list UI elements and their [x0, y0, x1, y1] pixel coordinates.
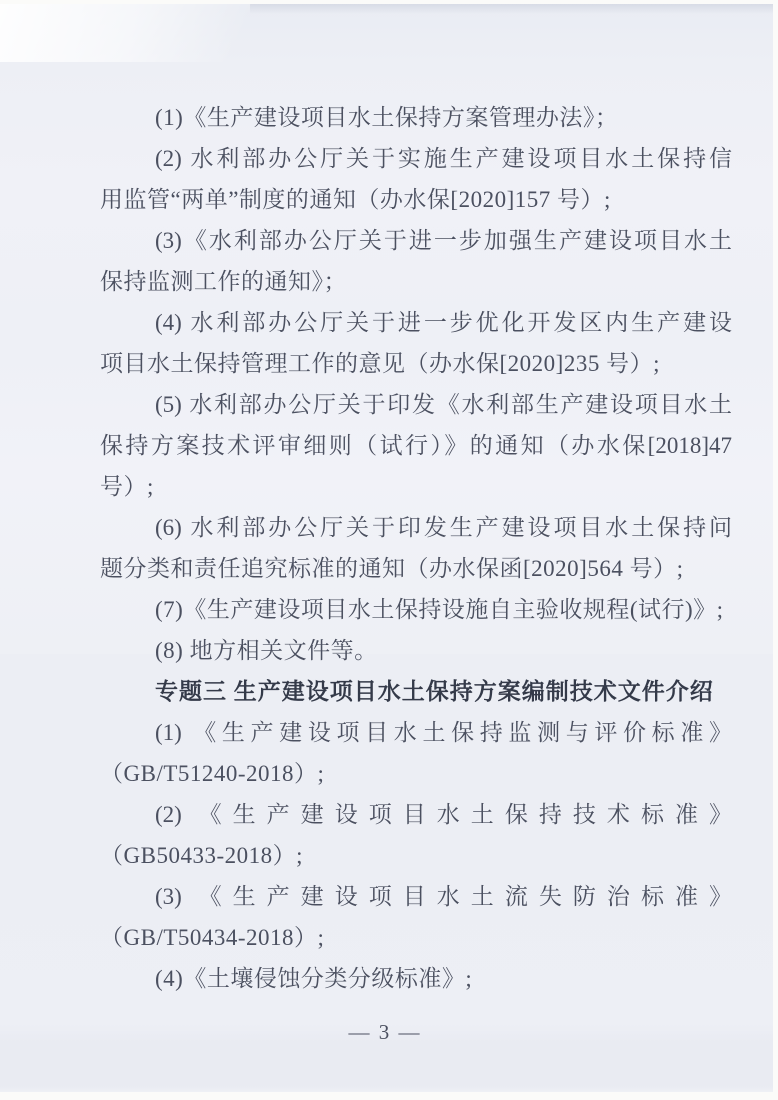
document-line: (3)《水利部办公厅关于进一步加强生产建设项目水土: [100, 220, 732, 261]
document-line: (1) 《生产建设项目水土保持监测与评价标准》: [100, 712, 732, 753]
document-line: (2) 水利部办公厅关于实施生产建设项目水土保持信: [100, 138, 732, 179]
document-line: (4)《土壤侵蚀分类分级标准》;: [100, 958, 732, 999]
document-line: (7)《生产建设项目水土保持设施自主验收规程(试行)》;: [100, 589, 732, 630]
document-line: 保持监测工作的通知》；: [100, 261, 732, 302]
document-line: （GB/T50434-2018）;: [100, 917, 732, 958]
document-line: (1)《生产建设项目水土保持方案管理办法》；: [100, 97, 732, 138]
document-line: (4) 水利部办公厅关于进一步优化开发区内生产建设: [100, 302, 732, 343]
scanned-document-screenshot: (1)《生产建设项目水土保持方案管理办法》； (2) 水利部办公厅关于实施生产建…: [0, 0, 778, 1100]
document-line: 保持方案技术评审细则（试行）》的通知（办水保[2018]47: [100, 425, 732, 466]
document-line: (2) 《生产建设项目水土保持技术标准》: [100, 794, 732, 835]
document-line: (3) 《生产建设项目水土流失防治标准》: [100, 876, 732, 917]
document-line: (6) 水利部办公厅关于印发生产建设项目水土保持问: [100, 507, 732, 548]
page-surface: (1)《生产建设项目水土保持方案管理办法》； (2) 水利部办公厅关于实施生产建…: [0, 4, 773, 1092]
document-line: (8) 地方相关文件等。: [100, 630, 732, 671]
document-line: （GB/T51240-2018）;: [100, 753, 732, 794]
document-body: (1)《生产建设项目水土保持方案管理办法》； (2) 水利部办公厅关于实施生产建…: [100, 97, 732, 999]
document-line: 项目水土保持管理工作的意见（办水保[2020]235 号）;: [100, 343, 732, 384]
section-heading: 专题三 生产建设项目水土保持方案编制技术文件介绍: [100, 671, 732, 712]
document-line: 题分类和责任追究标准的通知（办水保函[2020]564 号）;: [100, 548, 732, 589]
document-line: （GB50433-2018）;: [100, 835, 732, 876]
document-line: 用监管“两单”制度的通知（办水保[2020]157 号）;: [100, 179, 732, 220]
page-number: — 3 —: [100, 1012, 670, 1053]
document-line: 号）;: [100, 466, 732, 507]
document-line: (5) 水利部办公厅关于印发《水利部生产建设项目水土: [100, 384, 732, 425]
